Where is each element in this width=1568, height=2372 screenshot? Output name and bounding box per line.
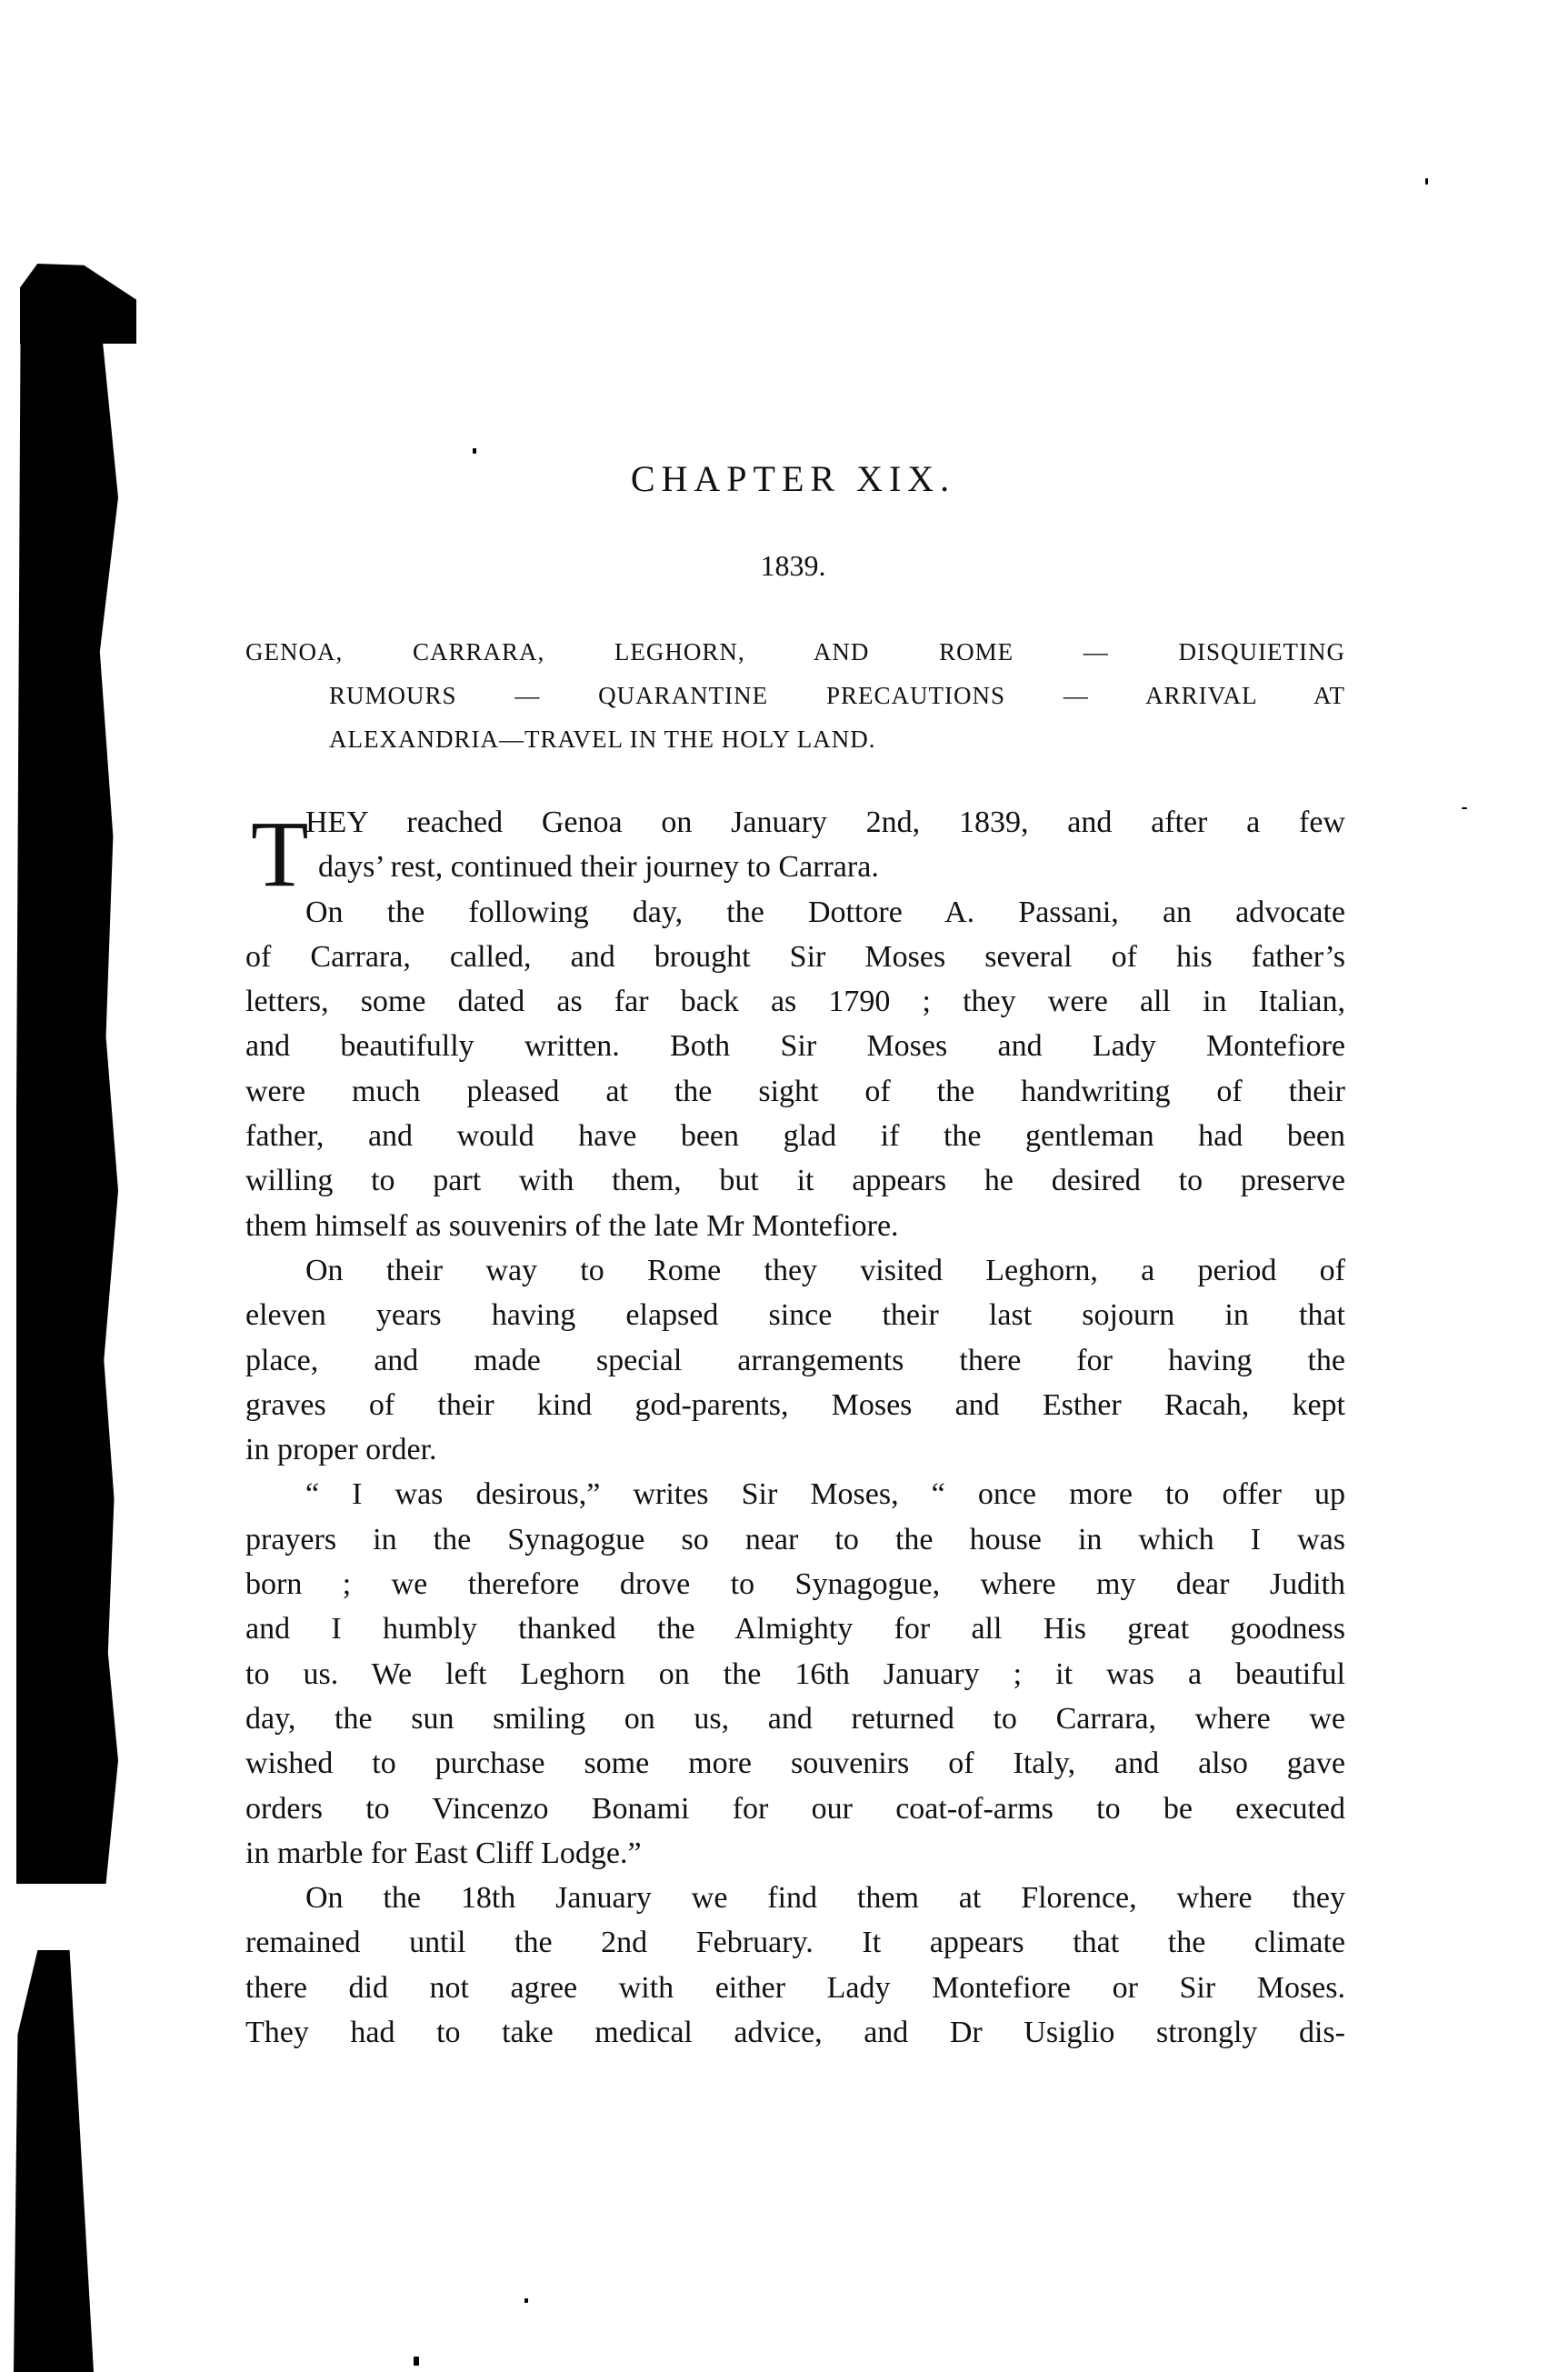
synopsis-line: RUMOURS — QUARANTINE PRECAUTIONS — ARRIV… xyxy=(245,674,1345,717)
text-line: born ; we therefore drove to Synagogue, … xyxy=(245,1562,1345,1606)
scan-speck xyxy=(473,448,476,454)
text-line: On their way to Rome they visited Leghor… xyxy=(245,1248,1345,1293)
chapter-synopsis: GENOA, CARRARA, LEGHORN, AND ROME — DISQ… xyxy=(245,630,1345,761)
chapter-heading: CHAPTER XIX. xyxy=(0,457,1568,500)
scan-speck xyxy=(1425,178,1428,185)
scan-speck xyxy=(524,2298,528,2303)
text-line: them himself as souvenirs of the late Mr… xyxy=(245,1204,1345,1248)
text-line: of Carrara, called, and brought Sir Mose… xyxy=(245,935,1345,979)
text-line: there did not agree with either Lady Mon… xyxy=(245,1966,1345,2010)
text-line: wished to purchase some more souvenirs o… xyxy=(245,1741,1345,1786)
text-line: eleven years having elapsed since their … xyxy=(245,1293,1345,1337)
text-line: remained until the 2nd February. It appe… xyxy=(245,1920,1345,1965)
text-line: prayers in the Synagogue so near to the … xyxy=(245,1517,1345,1562)
scan-speck xyxy=(1462,807,1467,809)
drop-cap: T xyxy=(251,807,309,902)
scan-speck xyxy=(414,2357,419,2366)
text-line: days’ rest, continued their journey to C… xyxy=(245,845,1345,889)
text-line: day, the sun smiling on us, and returned… xyxy=(245,1696,1345,1741)
text-line: and I humbly thanked the Almighty for al… xyxy=(245,1606,1345,1651)
text-line: father, and would have been glad if the … xyxy=(245,1114,1345,1158)
binding-shadow-upper xyxy=(20,264,136,344)
synopsis-line: GENOA, CARRARA, LEGHORN, AND ROME — DISQ… xyxy=(245,630,1345,674)
body-text: T HEY reached Genoa on January 2nd, 1839… xyxy=(245,800,1345,2055)
text-line: and beautifully written. Both Sir Moses … xyxy=(245,1024,1345,1068)
text-line: HEY reached Genoa on January 2nd, 1839, … xyxy=(245,800,1345,845)
text-line: in marble for East Cliff Lodge.” xyxy=(245,1831,1345,1876)
text-line: They had to take medical advice, and Dr … xyxy=(245,2010,1345,2055)
text-line: were much pleased at the sight of the ha… xyxy=(245,1069,1345,1114)
text-line: “ I was desirous,” writes Sir Moses, “ o… xyxy=(245,1472,1345,1516)
text-line: On the following day, the Dottore A. Pas… xyxy=(245,890,1345,935)
text-line: graves of their kind god-parents, Moses … xyxy=(245,1383,1345,1427)
text-line: orders to Vincenzo Bonami for our coat-o… xyxy=(245,1787,1345,1831)
text-line: On the 18th January we find them at Flor… xyxy=(245,1876,1345,1920)
chapter-year: 1839. xyxy=(0,549,1568,583)
synopsis-line: ALEXANDRIA—TRAVEL IN THE HOLY LAND. xyxy=(245,717,1345,761)
binding-shadow-lower xyxy=(14,1950,94,2372)
text-line: place, and made special arrangements the… xyxy=(245,1338,1345,1383)
text-line: to us. We left Leghorn on the 16th Janua… xyxy=(245,1652,1345,1696)
text-line: willing to part with them, but it appear… xyxy=(245,1158,1345,1203)
text-line: in proper order. xyxy=(245,1427,1345,1472)
text-line: letters, some dated as far back as 1790 … xyxy=(245,979,1345,1024)
